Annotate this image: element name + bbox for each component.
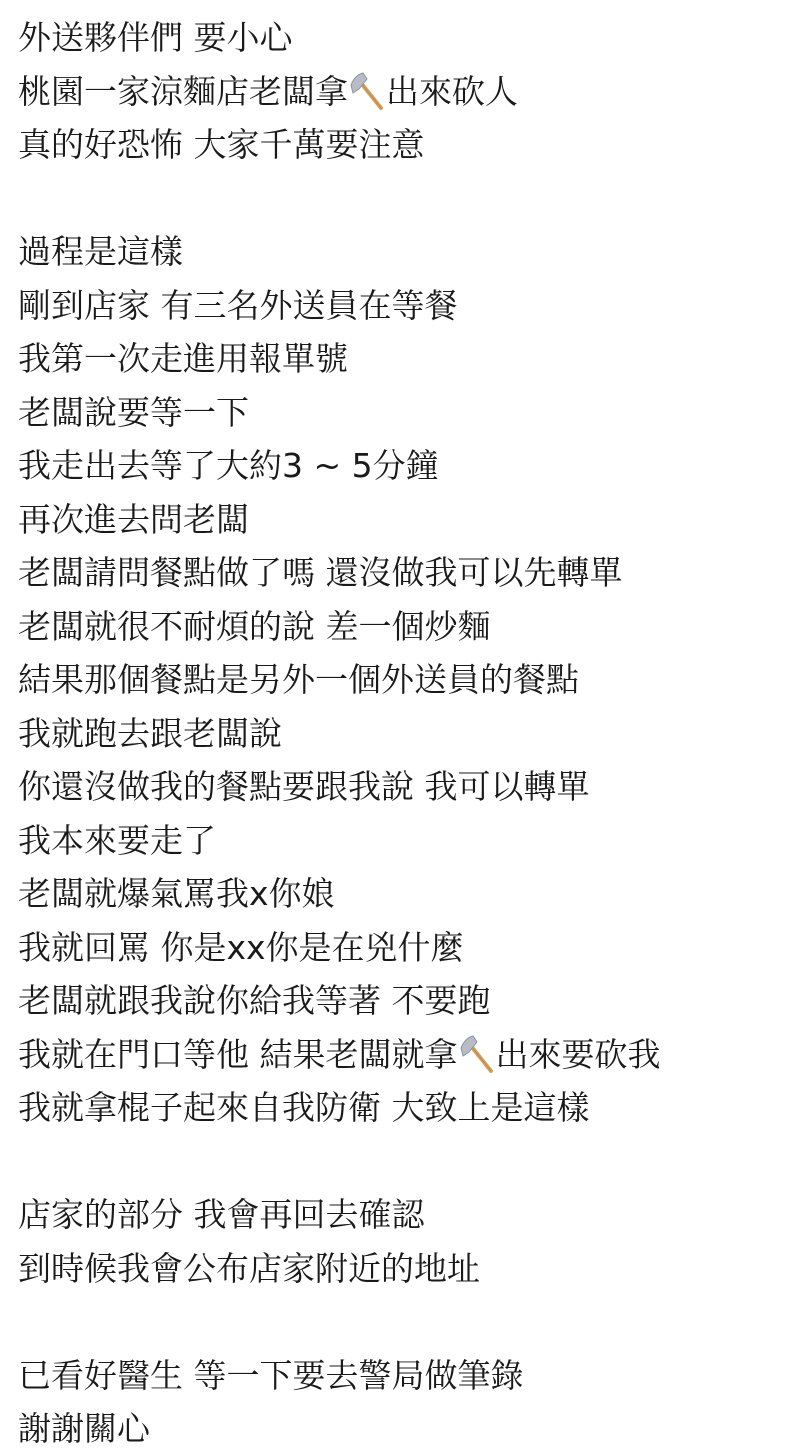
paragraph-gap bbox=[18, 1135, 798, 1189]
text-segment: 出來要砍我 bbox=[496, 1035, 661, 1074]
text-line: 真的好恐怖 大家千萬要注意 bbox=[18, 118, 798, 172]
axe-icon bbox=[459, 1034, 495, 1074]
text-line: 剛到店家 有三名外送員在等餐 bbox=[18, 279, 798, 333]
text-line: 我走出去等了大約3 ~ 5分鐘 bbox=[18, 439, 798, 493]
text-line: 老闆請問餐點做了嗎 還沒做我可以先轉單 bbox=[18, 546, 798, 600]
text-line: 我第一次走進用報單號 bbox=[18, 332, 798, 386]
text-line: 再次進去問老闆 bbox=[18, 493, 798, 547]
text-line: 老闆說要等一下 bbox=[18, 386, 798, 440]
paragraph: 過程是這樣 剛到店家 有三名外送員在等餐 我第一次走進用報單號 老闆說要等一下 … bbox=[18, 225, 798, 1135]
text-line: 店家的部分 我會再回去確認 bbox=[18, 1188, 798, 1242]
text-line: 結果那個餐點是另外一個外送員的餐點 bbox=[18, 653, 798, 707]
post-body: 外送夥伴們 要小心 桃園一家涼麵店老闆拿出來砍人 真的好恐怖 大家千萬要注意 過… bbox=[18, 11, 798, 1409]
text-segment: 我就在門口等他 結果老闆就拿 bbox=[18, 1035, 458, 1074]
text-line: 已看好醫生 等一下要去警局做筆錄 bbox=[18, 1349, 798, 1403]
paragraph: 外送夥伴們 要小心 桃園一家涼麵店老闆拿出來砍人 真的好恐怖 大家千萬要注意 bbox=[18, 11, 798, 172]
axe-icon bbox=[349, 71, 385, 111]
text-line: 老闆就爆氣罵我x你娘 bbox=[18, 867, 798, 921]
text-line: 謝謝關心 bbox=[18, 1402, 798, 1409]
text-segment: 桃園一家涼麵店老闆拿 bbox=[18, 72, 348, 111]
text-line: 我就在門口等他 結果老闆就拿出來要砍我 bbox=[18, 1028, 798, 1082]
paragraph-gap bbox=[18, 1295, 798, 1349]
text-line: 我就跑去跟老闆說 bbox=[18, 707, 798, 761]
text-line: 你還沒做我的餐點要跟我說 我可以轉單 bbox=[18, 760, 798, 814]
text-line: 我就拿棍子起來自我防衛 大致上是這樣 bbox=[18, 1081, 798, 1135]
text-line: 老闆就很不耐煩的說 差一個炒麵 bbox=[18, 600, 798, 654]
paragraph: 已看好醫生 等一下要去警局做筆錄 謝謝關心 bbox=[18, 1349, 798, 1410]
text-line: 老闆就跟我說你給我等著 不要跑 bbox=[18, 974, 798, 1028]
paragraph-gap bbox=[18, 172, 798, 226]
paragraph: 店家的部分 我會再回去確認 到時候我會公布店家附近的地址 bbox=[18, 1188, 798, 1295]
text-segment: 出來砍人 bbox=[386, 72, 518, 111]
text-line: 過程是這樣 bbox=[18, 225, 798, 279]
text-line: 桃園一家涼麵店老闆拿出來砍人 bbox=[18, 65, 798, 119]
text-line: 我就回罵 你是xx你是在兇什麼 bbox=[18, 921, 798, 975]
text-line: 我本來要走了 bbox=[18, 814, 798, 868]
text-line: 到時候我會公布店家附近的地址 bbox=[18, 1242, 798, 1296]
text-line: 外送夥伴們 要小心 bbox=[18, 11, 798, 65]
